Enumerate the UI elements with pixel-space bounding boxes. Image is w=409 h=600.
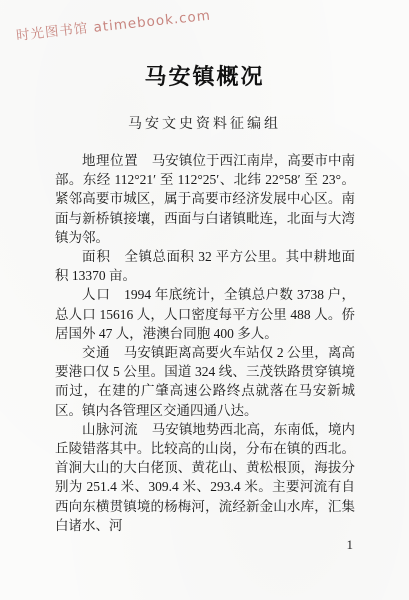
paragraph-term: 地理位置	[82, 153, 138, 168]
paragraph-population: 人口1994 年底统计，全镇总户数 3738 户，总人口 15616 人，人口密…	[55, 285, 355, 343]
paragraph-body: 马安镇地势西北高，东南低，境内丘陵错落其中。比较高的山岗，分布在镇的西北。首涧大…	[55, 422, 355, 533]
paragraph-term: 人口	[82, 287, 111, 302]
paragraph-term: 山脉河流	[82, 422, 138, 437]
paragraph-term: 面积	[82, 249, 111, 264]
paragraph-transport: 交通马安镇距离高要火车站仅 2 公里，离高要港口仅 5 公里。国道 324 线、…	[55, 343, 355, 420]
paragraph-area: 面积全镇总面积 32 平方公里。其中耕地面积 13370 亩。	[55, 247, 355, 285]
page-number: 1	[0, 537, 353, 553]
paragraph-geography: 地理位置马安镇位于西江南岸，高要市中南部。东经 112°21′ 至 112°25…	[55, 151, 355, 247]
body-text: 地理位置马安镇位于西江南岸，高要市中南部。东经 112°21′ 至 112°25…	[55, 151, 355, 535]
byline: 马安文史资料征编组	[0, 91, 409, 133]
paragraph-term: 交通	[82, 345, 110, 360]
paragraph-mountains-rivers: 山脉河流马安镇地势西北高，东南低，境内丘陵错落其中。比较高的山岗，分布在镇的西北…	[55, 420, 355, 535]
scanned-book-page: 时光图书馆 atimebook.com 马安镇概况 马安文史资料征编组 地理位置…	[0, 0, 409, 600]
